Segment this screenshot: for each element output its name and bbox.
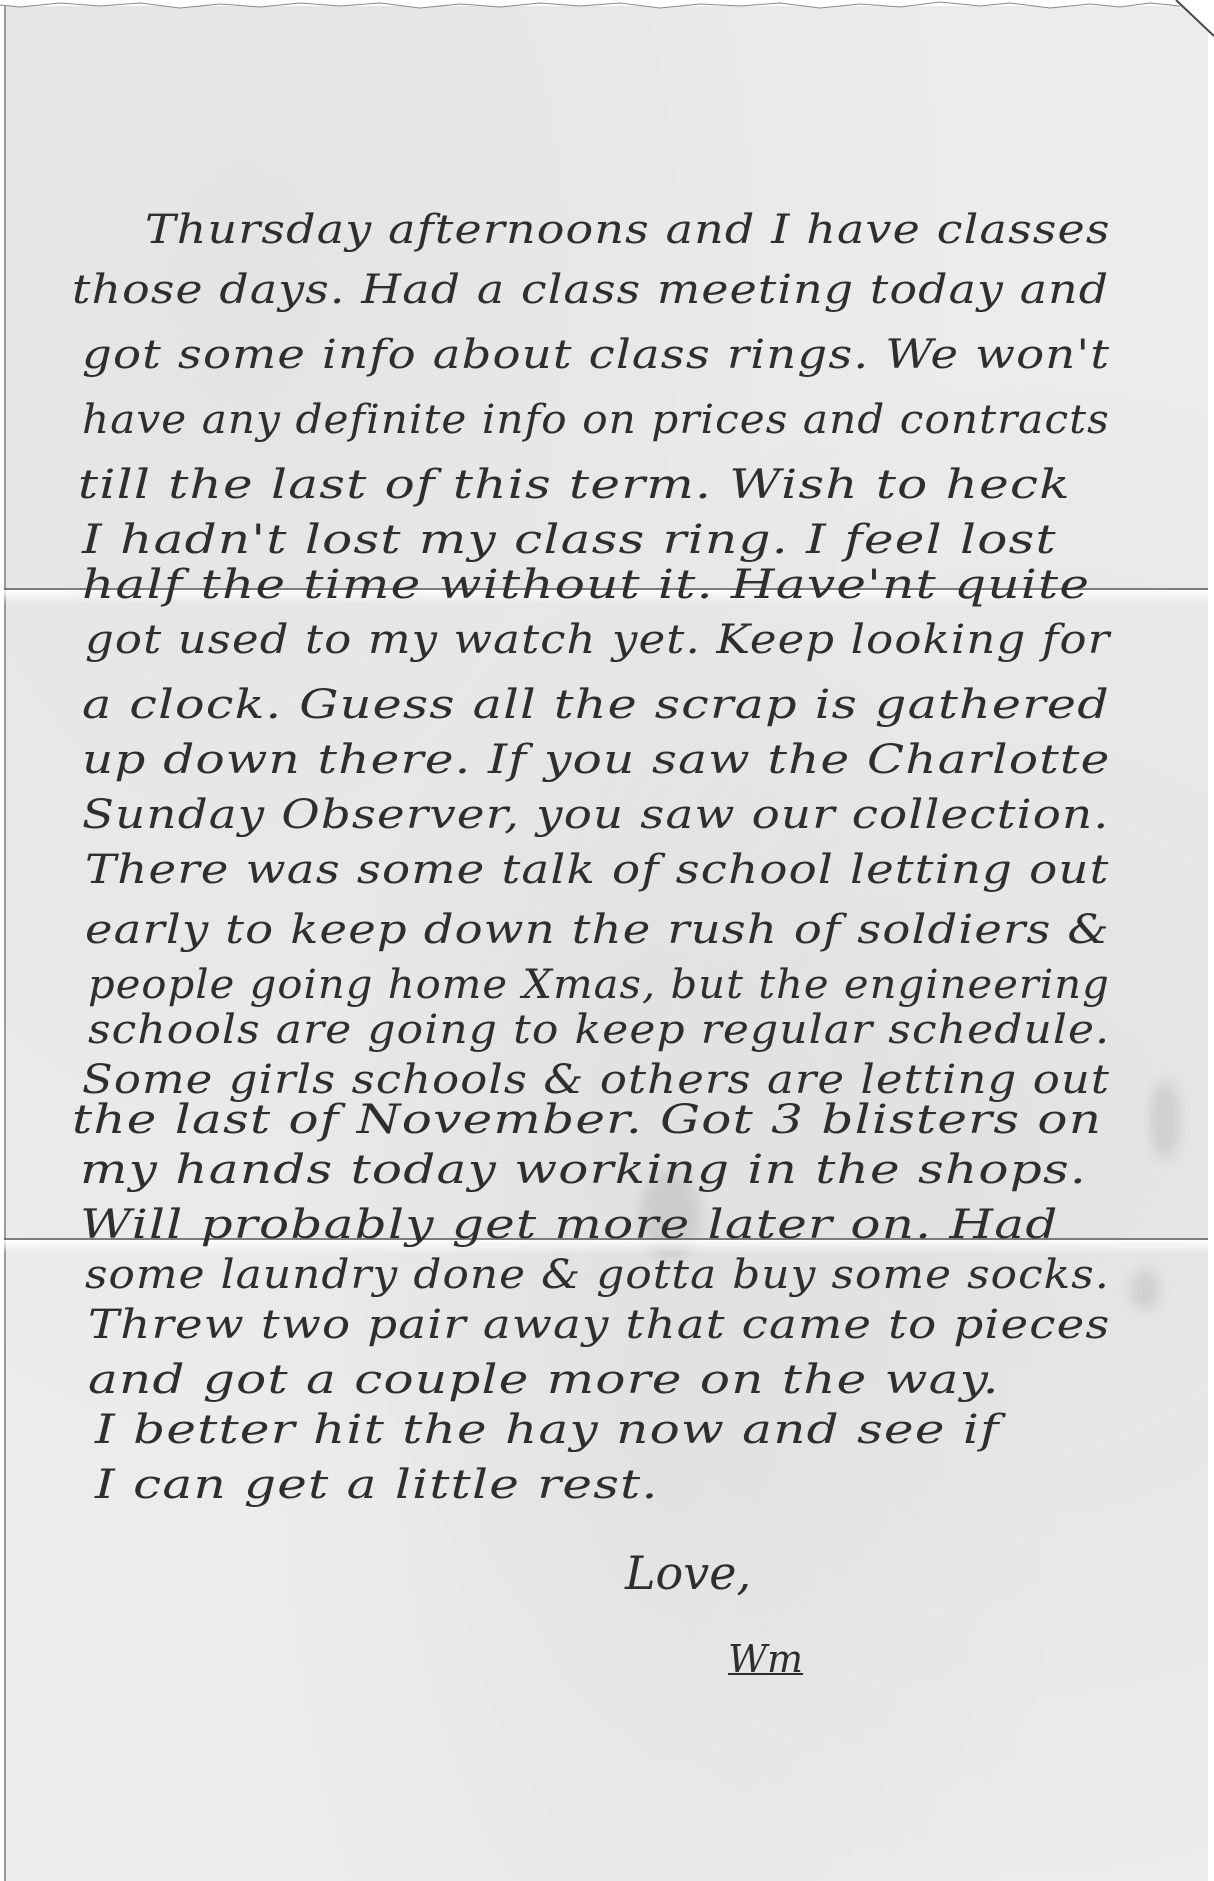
letter-line: some laundry done & gotta buy some socks…	[85, 1255, 1110, 1295]
letter-line: my hands today working in the shops.	[80, 1150, 1087, 1190]
letter-line: Sunday Observer, you saw our collection.	[82, 795, 1109, 835]
letter-line: half the time without it. Have'nt quite	[82, 565, 1090, 605]
letter-line: I better hit the hay now and see if	[95, 1410, 1000, 1450]
letter-line: Thursday afternoons and I have classes	[145, 210, 1111, 250]
letter-line: a clock. Guess all the scrap is gathered	[82, 685, 1110, 725]
letter-signature: Wm	[728, 1640, 803, 1678]
letter-line: and got a couple more on the way.	[88, 1360, 1000, 1400]
letter-line: I can get a little rest.	[95, 1465, 659, 1505]
letter-line: till the last of this term. Wish to heck	[78, 465, 1071, 505]
letter-body: Thursday afternoons and I have classes t…	[0, 0, 1214, 1881]
letter-line: those days. Had a class meeting today an…	[72, 270, 1109, 310]
letter-line: up down there. If you saw the Charlotte	[82, 740, 1110, 780]
letter-line: people going home Xmas, but the engineer…	[88, 965, 1110, 1005]
letter-line: schools are going to keep regular schedu…	[88, 1010, 1110, 1050]
letter-line: Some girls schools & others are letting …	[82, 1060, 1110, 1100]
letter-line: got used to my watch yet. Keep looking f…	[85, 620, 1110, 660]
letter-line: early to keep down the rush of soldiers …	[85, 910, 1110, 950]
letter-line: There was some talk of school letting ou…	[85, 850, 1110, 890]
letter-closing: Love,	[625, 1550, 751, 1596]
letter-line: have any definite info on prices and con…	[82, 400, 1110, 440]
letter-line: got some info about class rings. We won'…	[82, 335, 1110, 375]
letter-line: I hadn't lost my class ring. I feel lost	[82, 520, 1057, 560]
letter-line: Threw two pair away that came to pieces	[88, 1305, 1111, 1345]
letter-line: the last of November. Got 3 blisters on	[72, 1100, 1102, 1140]
letter-line: Will probably get more later on. Had	[80, 1205, 1059, 1245]
